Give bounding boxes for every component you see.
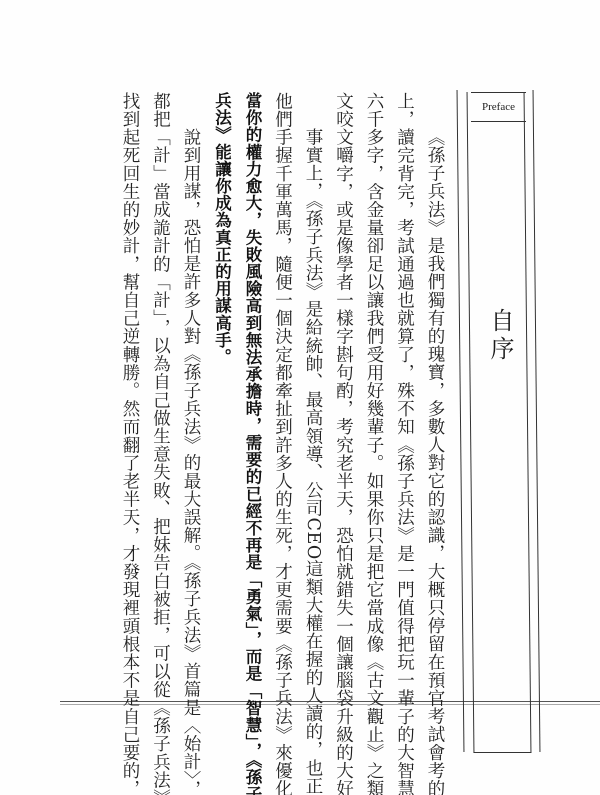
text-column-5: 事實上，《孫子兵法》是給統帥、最高領導、公司CEO這類大權在握的人讀的，也正因為 xyxy=(298,92,329,712)
chapter-title: 自序 xyxy=(478,308,518,364)
preface-frame-inner xyxy=(467,92,532,753)
preface-label: Preface xyxy=(471,92,526,122)
text-column-3: 六千多字，含金量卻足以讓我們受用好幾輩子。如果你只是把它當成像《古文觀止》之類的… xyxy=(359,92,390,712)
text-column-1: 《孫子兵法》是我們獨有的瑰寶，多數人對它的認識，大概只停留在預官考試會考的印象之 xyxy=(420,92,451,712)
text-column-10: 都把「計」當成詭計的「計」，以為自己做生意失敗、把妹告白被拒，可以從《孫子兵法》… xyxy=(145,92,176,712)
text-column-4: 文咬文嚼字，或是像學者一樣字斟句酌，考究老半天，恐怕就錯失一個讓腦袋升級的大好機… xyxy=(328,92,359,712)
text-column-8-emphasis: 兵法》能讓你成為真正的用謀高手。 xyxy=(206,92,237,712)
text-column-2: 上，讀完背完，考試通過也就算了，殊不知《孫子兵法》是一門值得把玩一輩子的大智慧，… xyxy=(389,92,420,712)
text-column-9: 說到用謀，恐怕是許多人對《孫子兵法》的最大誤解。《孫子兵法》首篇是〈始計〉，一般… xyxy=(176,92,207,712)
text-column-11: 找到起死回生的妙計，幫自己逆轉勝。然而翻了老半天，才發現裡頭根本不是自己要的，於… xyxy=(115,92,146,712)
text-column-6: 他們手握千軍萬馬，隨便一個決定都牽扯到許多人的生死，才更需要《孫子兵法》來優化腦… xyxy=(267,92,298,712)
book-page: Preface 自序 《孫子兵法》是我們獨有的瑰寶，多數人對它的認識，大概只停留… xyxy=(0,0,600,795)
body-text: 《孫子兵法》是我們獨有的瑰寶，多數人對它的認識，大概只停留在預官考試會考的印象之… xyxy=(115,92,451,712)
text-column-7-emphasis: 當你的權力愈大，失敗風險高到無法承擔時，需要的已經不再是「勇氣」，而是「智慧」，… xyxy=(237,92,268,712)
